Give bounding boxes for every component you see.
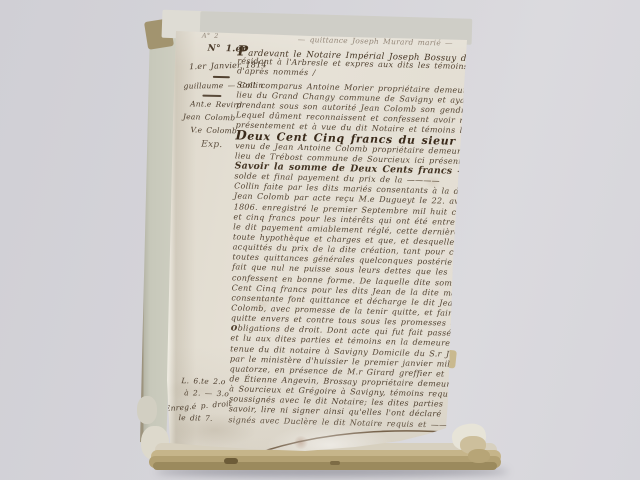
ink-stain (293, 436, 309, 449)
manuscript-line: résidant à l'Arbresle et expres aux dits… (237, 57, 473, 73)
manuscript-line: Deux Cent Cinq francs du sieur Borel (235, 131, 471, 147)
manuscript-line: le dit payement amiablement réglé, cette… (233, 222, 469, 238)
foxing-spot-2 (424, 176, 442, 188)
manuscript-line: par le ministère d'huissier le premier j… (230, 354, 466, 370)
manuscript-line: d'après nommés / (237, 67, 473, 83)
manuscript-line: lieu du Grand Changy commune de Savigny … (236, 90, 472, 106)
handwritten-content: — quittance Joseph Murard marié — A° 2 N… (169, 30, 480, 477)
manuscript-line: lieu de Trébost commune de Sourcieux ici… (235, 151, 471, 167)
manuscript-line: 1806. enregistré le premier Septembre mi… (234, 202, 470, 218)
manuscript-line: Lequel dûment reconnaissent et confessen… (236, 111, 472, 127)
margin-underline (213, 76, 230, 78)
manuscript-line: à Sourcieux et Grégoire à Savigny, témoi… (229, 384, 465, 400)
manuscript-line: Jean Colomb par acte reçu M.e Dugueyt le… (234, 192, 470, 208)
manuscript-line: et cinq francs pour les intérêts qui ont… (233, 212, 469, 228)
manuscript-line: de Étienne Angevin, Brossay propriétaire… (229, 374, 465, 390)
manuscript-line: consentante font quittance et décharge l… (231, 293, 467, 309)
foxing-spot (252, 298, 274, 312)
manuscript-line: signés avec Duclère le dit Notaire requi… (228, 415, 464, 431)
manuscript-line: quatorze, en présence de M.r Girard gref… (230, 364, 466, 380)
margin-expedition-mark: Exp. (201, 140, 223, 151)
margin-party-name-4: V.e Colomb (190, 125, 237, 135)
archival-photo: — quittance Joseph Murard marié — A° 2 N… (0, 0, 640, 480)
stack-edge-speck (224, 458, 238, 464)
left-crumpled-edge-2 (137, 396, 157, 424)
manuscript-line: solde et final payement du prix de la ——… (234, 172, 470, 188)
margin-registration-note-3: Enreg.é p. droit (165, 399, 233, 413)
manuscript-line: quitte envers et contre tous sous les pr… (231, 313, 467, 329)
manuscript-line: tenue du dit notaire à Savigny Domicile … (230, 344, 466, 360)
act-body-text: Pardevant le Notaire Impérial Joseph Bos… (228, 46, 473, 430)
manuscript-line: venu de Jean Antoine Colomb propriétaire… (235, 141, 471, 157)
manuscript-line: et lu aux dites parties et témoins en la… (230, 334, 466, 350)
manuscript-front-page: — quittance Joseph Murard marié — A° 2 N… (0, 0, 640, 480)
manuscript-line: obligations de droit. Dont acte qui fut … (231, 324, 467, 340)
manuscript-line: Pardevant le Notaire Impérial Joseph Bos… (237, 46, 473, 62)
page-stack-edge-4 (153, 462, 497, 470)
manuscript-line: toute hypothèque et charges et que, et d… (233, 232, 469, 248)
margin-registration-note-1: L. 6.te 2.o (181, 376, 225, 386)
margin-party-name-1: guillaume — Collin (184, 81, 264, 91)
manuscript-line: Colomb, avec promesse de la tenir quitte… (231, 303, 467, 319)
manuscript-line: Collin faite par les dits mariés consent… (234, 182, 470, 198)
manuscript-line: présentement et à vue du dit Notaire et … (236, 121, 472, 137)
margin-party-name-2: Ant.e Revird (190, 99, 242, 109)
margin-date: 1.er Janvier 1814 (189, 60, 267, 71)
manuscript-line: toutes quittances générales quelconques … (232, 253, 468, 269)
manuscript-line: Savoir la somme de Deux Cents francs ———… (235, 161, 471, 177)
manuscript-line: prendant sous son autorité Jean Colomb s… (236, 101, 472, 117)
margin-registration-note-4: le dit 7. (178, 413, 212, 423)
margin-ref-note: A° 2 (202, 32, 219, 40)
margin-act-number: N° 1.er (207, 44, 246, 55)
bottom-right-scallop-2 (468, 449, 490, 463)
manuscript-line: savoir, lire ni signer ainsi qu'elles l'… (229, 405, 465, 421)
manuscript-line: confessent en bonne forme. De laquelle d… (232, 273, 468, 289)
margin-party-name-3: Jean Colomb (183, 112, 236, 122)
margin-registration-note-2: à 2. — 3.o (184, 388, 229, 398)
manuscript-line: soussignés avec le dit Notaire; les dite… (229, 395, 465, 411)
manuscript-line: fait que nul ne puisse sous leurs dettes… (232, 263, 468, 279)
margin-underline-2 (202, 95, 221, 97)
manuscript-line: Sont comparus Antoine Morier propriétair… (237, 80, 473, 96)
stack-edge-speck-2 (330, 461, 340, 465)
manuscript-line: acquittés du prix de la dite création, t… (233, 243, 469, 259)
manuscript-line: Cent Cinq francs pour les dits Jean de l… (232, 283, 468, 299)
